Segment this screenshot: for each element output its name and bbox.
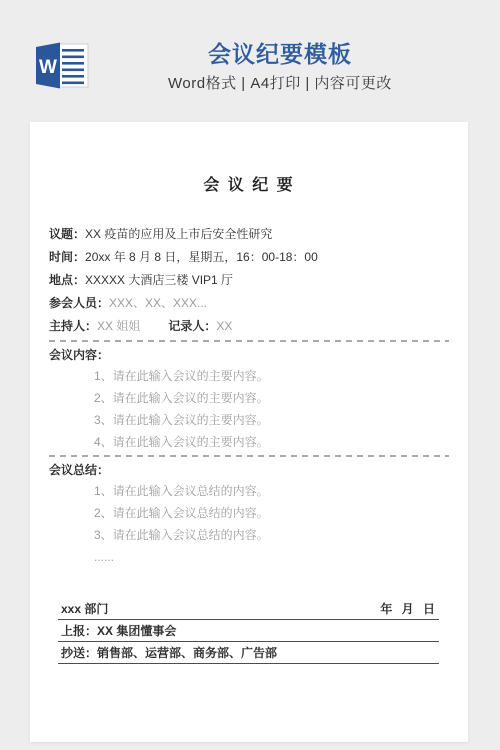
- report-to-row: 上报：XX 集团懂事会: [58, 620, 439, 642]
- list-item: 2、请在此输入会议总结的内容。: [49, 502, 449, 524]
- header-text: 会议纪要模板 Word格式 | A4打印 | 内容可更改: [60, 40, 500, 93]
- date-placeholder: 年 月 日: [380, 598, 435, 619]
- meta-label: 议题：: [49, 227, 85, 241]
- signature-block: xxx 部门 年 月 日 上报：XX 集团懂事会 抄送：销售部、运营部、商务部、…: [58, 598, 439, 664]
- department-name: xxx 部门: [61, 598, 108, 619]
- dashed-divider: [49, 340, 449, 342]
- report-label: 上报：: [61, 624, 97, 638]
- page-subtitle: Word格式 | A4打印 | 内容可更改: [60, 75, 500, 93]
- meta-value: XXX、XX、XXX...: [109, 296, 207, 310]
- content-section: 会议内容： 1、请在此输入会议的主要内容。 2、请在此输入会议的主要内容。 3、…: [49, 345, 449, 453]
- cc-row: 抄送：销售部、运营部、商务部、广告部: [58, 642, 439, 664]
- meta-label: 地点：: [49, 273, 85, 287]
- list-item: ......: [49, 546, 449, 568]
- document-page: 会 议 纪 要 议题：XX 疫苗的应用及上市后安全性研究 时间：20xx 年 8…: [30, 122, 468, 742]
- list-item: 1、请在此输入会议的主要内容。: [49, 365, 449, 387]
- list-item: 2、请在此输入会议的主要内容。: [49, 387, 449, 409]
- recorder-value: XX: [216, 319, 232, 333]
- meta-value: 20xx 年 8 月 8 日，星期五，16：00-18：00: [85, 250, 318, 264]
- meta-section: 议题：XX 疫苗的应用及上市后安全性研究 时间：20xx 年 8 月 8 日，星…: [49, 223, 449, 338]
- meta-label: 时间：: [49, 250, 85, 264]
- meta-row-topic: 议题：XX 疫苗的应用及上市后安全性研究: [49, 223, 449, 246]
- meta-row-time: 时间：20xx 年 8 月 8 日，星期五，16：00-18：00: [49, 246, 449, 269]
- dashed-divider: [49, 455, 449, 457]
- list-item: 4、请在此输入会议的主要内容。: [49, 431, 449, 453]
- cc-label: 抄送：: [61, 646, 97, 660]
- department-date-row: xxx 部门 年 月 日: [58, 598, 439, 620]
- summary-heading: 会议总结：: [49, 460, 449, 480]
- meta-label: 参会人员：: [49, 296, 109, 310]
- host-value: XX 姐姐: [97, 319, 140, 333]
- list-item: 3、请在此输入会议总结的内容。: [49, 524, 449, 546]
- cc-value: 销售部、运营部、商务部、广告部: [97, 646, 277, 660]
- word-icon-letter: W: [39, 57, 57, 78]
- list-item: 1、请在此输入会议总结的内容。: [49, 480, 449, 502]
- list-item: 3、请在此输入会议的主要内容。: [49, 409, 449, 431]
- template-header: W 会议纪要模板 Word格式 | A4打印 | 内容可更改: [0, 0, 500, 122]
- meta-value: XX 疫苗的应用及上市后安全性研究: [85, 227, 272, 241]
- recorder-label: 记录人：: [168, 319, 216, 333]
- document-title: 会 议 纪 要: [49, 176, 449, 196]
- content-heading: 会议内容：: [49, 345, 449, 365]
- report-value: XX 集团懂事会: [97, 624, 176, 638]
- host-label: 主持人：: [49, 319, 97, 333]
- meta-value: XXXXX 大酒店三楼 VIP1 厅: [85, 273, 233, 287]
- meta-row-attendees: 参会人员：XXX、XX、XXX...: [49, 292, 449, 315]
- summary-section: 会议总结： 1、请在此输入会议总结的内容。 2、请在此输入会议总结的内容。 3、…: [49, 460, 449, 568]
- meta-row-location: 地点：XXXXX 大酒店三楼 VIP1 厅: [49, 269, 449, 292]
- meta-row-host-recorder: 主持人：XX 姐姐记录人：XX: [49, 315, 449, 338]
- page-title: 会议纪要模板: [60, 40, 500, 68]
